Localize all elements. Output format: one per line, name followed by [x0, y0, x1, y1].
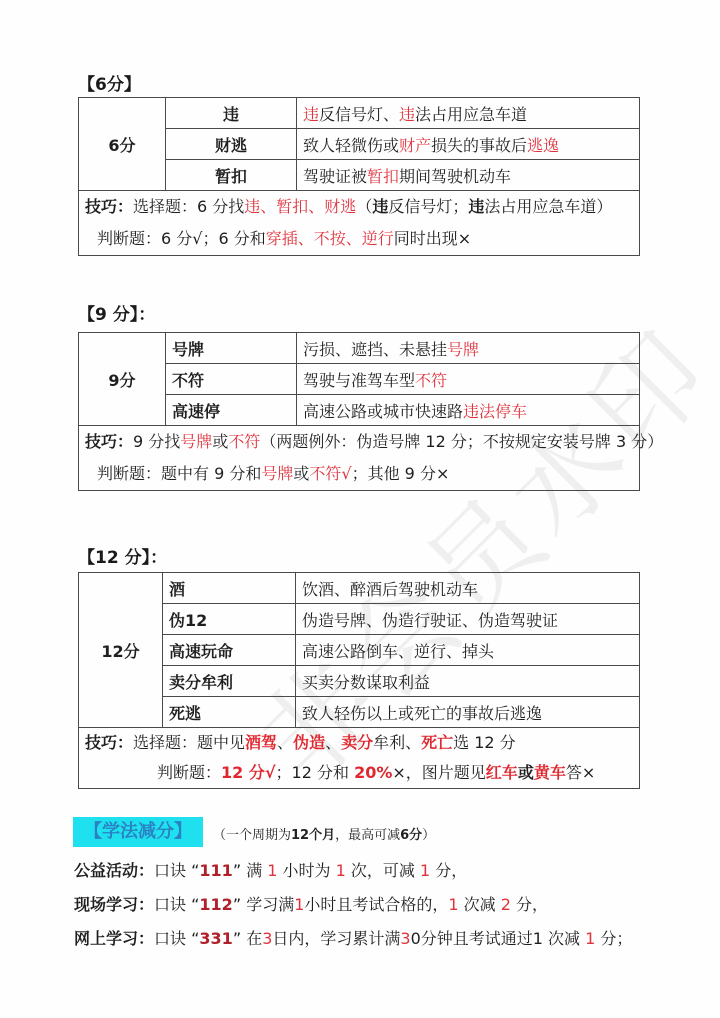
text-segment: 法占用应急车道） — [484, 197, 612, 216]
text-segment: 1 — [585, 929, 595, 948]
key-cell: 酒 — [163, 573, 296, 604]
text-segment: 穿插、不按、逆行 — [266, 229, 394, 248]
key-cell: 不符 — [166, 364, 297, 395]
text-segment: 伪造 — [293, 733, 325, 752]
text-segment: 20% — [354, 763, 392, 782]
text-segment: 伪造号牌、伪造行驶证、伪造驾驶证 — [302, 611, 558, 630]
text-segment: 1 — [420, 861, 430, 880]
text-segment: （两题例外：伪造号牌 12 分；不按规定安装号牌 3 分） — [260, 432, 663, 451]
text-segment: 损失的事故后 — [431, 136, 527, 155]
text-segment: 不符√ — [309, 464, 351, 483]
text-segment: 牟利、 — [373, 733, 421, 752]
key-cell: 高速停 — [166, 395, 297, 426]
text-segment: ” 满 — [233, 861, 267, 880]
tips-row: 技巧：选择题：题中见酒驾、伪造、卖分牟利、死亡选 12 分 判断题：12 分√；… — [79, 728, 640, 789]
text-segment: 酒驾 — [245, 733, 277, 752]
section-title-12: 【12 分】： — [78, 543, 167, 568]
desc-cell: 驾驶证被暂扣期间驾驶机动车 — [297, 160, 640, 191]
text-segment: 1 — [294, 895, 304, 914]
tips-choice: 9 分找号牌或不符（两题例外：伪造号牌 12 分；不按规定安装号牌 3 分） — [133, 432, 663, 451]
text-segment: 号牌 — [261, 464, 293, 483]
desc-cell: 污损、遮挡、未悬挂号牌 — [297, 333, 640, 364]
desc-cell: 高速公路倒车、逆行、掉头 — [296, 635, 640, 666]
desc-cell: 伪造号牌、伪造行驶证、伪造驾驶证 — [296, 604, 640, 635]
text-segment: 选 12 分 — [453, 733, 516, 752]
key-cell: 伪12 — [163, 604, 296, 635]
tips-label: 技巧： — [85, 733, 133, 752]
desc-cell: 致人轻伤以上或死亡的事故后逃逸 — [296, 697, 640, 728]
text-segment: 、 — [277, 733, 293, 752]
text-segment: 口诀 “ — [154, 929, 199, 948]
text-segment: 次减 — [459, 895, 501, 914]
text-segment: ；12 分和 — [276, 763, 355, 782]
text-segment: 小时为 — [277, 861, 335, 880]
key-cell: 财逃 — [166, 129, 297, 160]
study-line-online: 网上学习：口诀 “331” 在3日内，学习累计满30分钟且考试通过1 次减 1 … — [74, 926, 632, 949]
desc-cell: 违反信号灯、违法占用应急车道 — [297, 98, 640, 129]
text-segment: 1 — [267, 861, 277, 880]
text-segment: 或 — [518, 763, 534, 782]
table-row: 死逃 致人轻伤以上或死亡的事故后逃逸 — [79, 697, 640, 728]
key-cell: 高速玩命 — [163, 635, 296, 666]
text-segment: 3 — [262, 929, 272, 948]
text-segment: 反信号灯、 — [319, 105, 399, 124]
tips-cell: 技巧：9 分找号牌或不符（两题例外：伪造号牌 12 分；不按规定安装号牌 3 分… — [79, 426, 640, 491]
text-segment: 12个月 — [291, 828, 335, 843]
text-segment: 公益活动： — [74, 861, 154, 880]
table-row: 9分 号牌 污损、遮挡、未悬挂号牌 — [79, 333, 640, 364]
desc-cell: 高速公路或城市快速路违法停车 — [297, 395, 640, 426]
table-row: 卖分牟利 买卖分数谋取利益 — [79, 666, 640, 697]
text-segment: 3 — [400, 929, 410, 948]
text-segment: 逃逸 — [527, 136, 559, 155]
desc-cell: 致人轻微伤或财产损失的事故后逃逸 — [297, 129, 640, 160]
tips-judge: 判断题：题中有 9 分和号牌或不符√；其他 9 分× — [85, 458, 633, 490]
text-segment: 答× — [566, 763, 595, 782]
table-row: 6分 违 违反信号灯、违法占用应急车道 — [79, 98, 640, 129]
text-segment: ；其他 9 分× — [352, 464, 450, 483]
text-segment: （一个周期为 — [213, 828, 291, 843]
key-cell: 违 — [166, 98, 297, 129]
text-segment: 违 — [303, 105, 319, 124]
text-segment: 违 — [399, 105, 415, 124]
text-segment: 判断题：6 分√；6 分和 — [97, 229, 266, 248]
score-cell: 6分 — [79, 98, 166, 191]
text-segment: 1 — [448, 895, 458, 914]
text-segment: 分， — [430, 861, 467, 880]
text-segment: 驾驶证被 — [303, 167, 367, 186]
text-segment: 违、暂扣、财逃 — [244, 197, 356, 216]
text-segment: 违法停车 — [463, 402, 527, 421]
section-title-6: 【6分】 — [78, 70, 141, 95]
text-segment: ） — [422, 828, 435, 843]
text-segment: 12 分√ — [221, 763, 276, 782]
study-section-title: 【学法减分】 — [73, 817, 203, 847]
key-cell: 暂扣 — [166, 160, 297, 191]
tips-judge: 判断题：6 分√；6 分和穿插、不按、逆行同时出现× — [85, 223, 633, 255]
text-segment: （ — [356, 197, 372, 216]
text-segment: 口诀 “ — [154, 861, 199, 880]
score-cell: 9分 — [79, 333, 166, 426]
text-segment: 致人轻伤以上或死亡的事故后逃逸 — [302, 704, 542, 723]
text-segment: 分， — [511, 895, 548, 914]
tips-judge: 判断题：12 分√；12 分和 20%×，图片题见红车或黄车答× — [85, 758, 633, 788]
text-segment: 112 — [199, 895, 232, 914]
key-cell: 卖分牟利 — [163, 666, 296, 697]
text-segment: 6分 — [400, 828, 422, 843]
text-segment: 或 — [212, 432, 228, 451]
text-segment: 次，可减 — [346, 861, 420, 880]
text-segment: 现场学习： — [74, 895, 154, 914]
text-segment: 日内，学习累计满 — [272, 929, 400, 948]
text-segment: 违 — [468, 197, 484, 216]
text-segment: 反信号灯； — [388, 197, 468, 216]
text-segment: 违 — [372, 197, 388, 216]
text-segment: 死亡 — [421, 733, 453, 752]
text-segment: 不符 — [415, 371, 447, 390]
text-segment: 卖分 — [341, 733, 373, 752]
study-line-onsite: 现场学习：口诀 “112” 学习满1小时且考试合格的，1 次减 2 分， — [74, 892, 548, 915]
study-line-public-welfare: 公益活动：口诀 “111” 满 1 小时为 1 次，可减 1 分， — [74, 858, 467, 881]
text-segment: 、 — [325, 733, 341, 752]
text-segment: 红车 — [486, 763, 518, 782]
study-note: （一个周期为12个月，最高可减6分） — [213, 824, 435, 843]
text-segment: 号牌 — [180, 432, 212, 451]
text-segment: 黄车 — [534, 763, 566, 782]
text-segment: 小时且考试合格的， — [304, 895, 448, 914]
text-segment: 0分钟且考试通过1 次减 — [411, 929, 586, 948]
table-row: 12分 酒 饮酒、醉酒后驾驶机动车 — [79, 573, 640, 604]
tips-choice: 选择题：题中见酒驾、伪造、卖分牟利、死亡选 12 分 — [133, 733, 516, 752]
key-cell: 死逃 — [163, 697, 296, 728]
table-row: 伪12 伪造号牌、伪造行驶证、伪造驾驶证 — [79, 604, 640, 635]
text-segment: 驾驶与准驾车型 — [303, 371, 415, 390]
text-segment: 期间驾驶机动车 — [399, 167, 511, 186]
text-segment: 买卖分数谋取利益 — [302, 673, 430, 692]
desc-cell: 买卖分数谋取利益 — [296, 666, 640, 697]
tips-row: 技巧：9 分找号牌或不符（两题例外：伪造号牌 12 分；不按规定安装号牌 3 分… — [79, 426, 640, 491]
text-segment: 暂扣 — [367, 167, 399, 186]
text-segment: 法占用应急车道 — [415, 105, 527, 124]
tips-cell: 技巧：选择题：题中见酒驾、伪造、卖分牟利、死亡选 12 分 判断题：12 分√；… — [79, 728, 640, 789]
tips-choice: 选择题：6 分找违、暂扣、财逃（违反信号灯；违法占用应急车道） — [133, 197, 612, 216]
text-segment: 网上学习： — [74, 929, 154, 948]
text-segment: 331 — [199, 929, 232, 948]
table-12-points: 12分 酒 饮酒、醉酒后驾驶机动车 伪12 伪造号牌、伪造行驶证、伪造驾驶证 高… — [78, 572, 640, 789]
table-9-points: 9分 号牌 污损、遮挡、未悬挂号牌 不符 驾驶与准驾车型不符 高速停 高速公路或… — [78, 332, 640, 491]
text-segment: ” 在 — [233, 929, 262, 948]
desc-cell: 饮酒、醉酒后驾驶机动车 — [296, 573, 640, 604]
key-cell: 号牌 — [166, 333, 297, 364]
text-segment: 判断题：题中有 9 分和 — [97, 464, 261, 483]
table-6-points: 6分 违 违反信号灯、违法占用应急车道 财逃 致人轻微伤或财产损失的事故后逃逸 … — [78, 97, 640, 256]
text-segment: 致人轻微伤或 — [303, 136, 399, 155]
text-segment: 2 — [501, 895, 511, 914]
tips-row: 技巧：选择题：6 分找违、暂扣、财逃（违反信号灯；违法占用应急车道） 判断题：6… — [79, 191, 640, 256]
text-segment: 高速公路倒车、逆行、掉头 — [302, 642, 494, 661]
text-segment: 高速公路或城市快速路 — [303, 402, 463, 421]
text-segment: 污损、遮挡、未悬挂 — [303, 340, 447, 359]
text-segment: 9 分找 — [133, 432, 180, 451]
tips-cell: 技巧：选择题：6 分找违、暂扣、财逃（违反信号灯；违法占用应急车道） 判断题：6… — [79, 191, 640, 256]
text-segment: 1 — [336, 861, 346, 880]
section-title-9: 【9 分】： — [78, 300, 155, 325]
text-segment: 111 — [199, 861, 232, 880]
text-segment: ×，图片题见 — [392, 763, 485, 782]
tips-label: 技巧： — [85, 432, 133, 451]
text-segment: 饮酒、醉酒后驾驶机动车 — [302, 580, 478, 599]
text-segment: 号牌 — [447, 340, 479, 359]
table-row: 高速玩命 高速公路倒车、逆行、掉头 — [79, 635, 640, 666]
text-segment: 选择题：题中见 — [133, 733, 245, 752]
text-segment: 口诀 “ — [154, 895, 199, 914]
score-cell: 12分 — [79, 573, 163, 728]
text-segment: 财产 — [399, 136, 431, 155]
text-segment: 分； — [595, 929, 632, 948]
text-segment: 同时出现× — [394, 229, 471, 248]
text-segment: ，最高可减 — [335, 828, 400, 843]
text-segment: ” 学习满 — [233, 895, 294, 914]
text-segment: 选择题：6 分找 — [133, 197, 244, 216]
tips-label: 技巧： — [85, 197, 133, 216]
desc-cell: 驾驶与准驾车型不符 — [297, 364, 640, 395]
text-segment: 或 — [293, 464, 309, 483]
text-segment: 不符 — [228, 432, 260, 451]
text-segment: 判断题： — [157, 763, 221, 782]
